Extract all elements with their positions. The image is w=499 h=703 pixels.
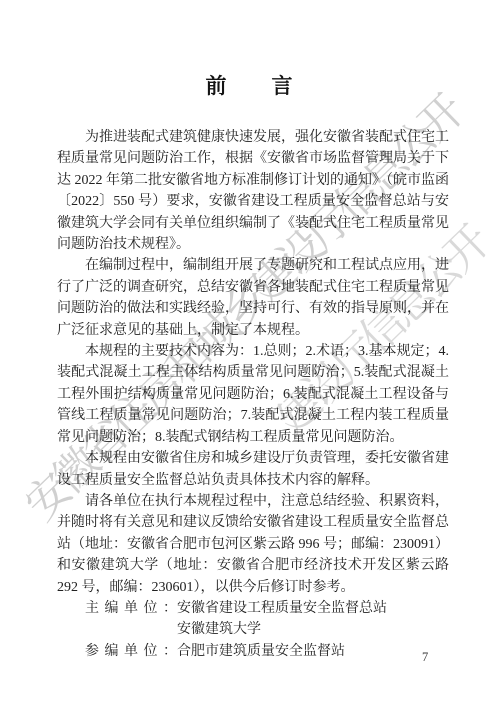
credits-block: 主编单位： 安徽省建设工程质量安全监督总站 安徽建筑大学 参编单位： 合肥市建筑…	[57, 598, 449, 662]
body-paragraph: 本规程的主要技术内容为：1.总则；2.术语；3.基本规定；4.装配式混凝土工程主…	[57, 341, 449, 448]
chief-editor-label: 主编单位：	[85, 598, 177, 641]
document-page: 安徽省住房和城乡建设厅信息公开 建设厅信息公开 前 言 为推进装配式建筑健康快速…	[0, 0, 499, 703]
participating-editor-row: 参编单位： 合肥市建筑质量安全监督站	[85, 641, 449, 662]
participating-editor-values: 合肥市建筑质量安全监督站	[177, 641, 449, 662]
participating-editor-label: 参编单位：	[85, 641, 177, 662]
chief-editor-row: 主编单位： 安徽省建设工程质量安全监督总站 安徽建筑大学	[85, 598, 449, 641]
page-number: 7	[422, 650, 428, 665]
body-paragraph: 为推进装配式建筑健康快速发展，强化安徽省装配式住宅工程质量常见问题防治工作，根据…	[57, 127, 449, 255]
chief-editor-org: 安徽建筑大学	[177, 619, 449, 640]
body-paragraph: 在编制过程中，编制组开展了专题研究和工程试点应用，进行了广泛的调查研究，总结安徽…	[57, 255, 449, 341]
chief-editor-values: 安徽省建设工程质量安全监督总站 安徽建筑大学	[177, 598, 449, 641]
body-paragraph: 请各单位在执行本规程过程中，注意总结经验、积累资料，并随时将有关意见和建议反馈给…	[57, 491, 449, 598]
chief-editor-org: 安徽省建设工程质量安全监督总站	[177, 598, 449, 619]
page-content: 前 言 为推进装配式建筑健康快速发展，强化安徽省装配式住宅工程质量常见问题防治工…	[0, 0, 499, 703]
document-body: 为推进装配式建筑健康快速发展，强化安徽省装配式住宅工程质量常见问题防治工作，根据…	[57, 127, 449, 662]
participating-editor-org: 合肥市建筑质量安全监督站	[177, 641, 449, 662]
body-paragraph: 本规程由安徽省住房和城乡建设厅负责管理，委托安徽省建设工程质量安全监督总站负责具…	[57, 448, 449, 491]
page-title: 前 言	[0, 70, 499, 100]
